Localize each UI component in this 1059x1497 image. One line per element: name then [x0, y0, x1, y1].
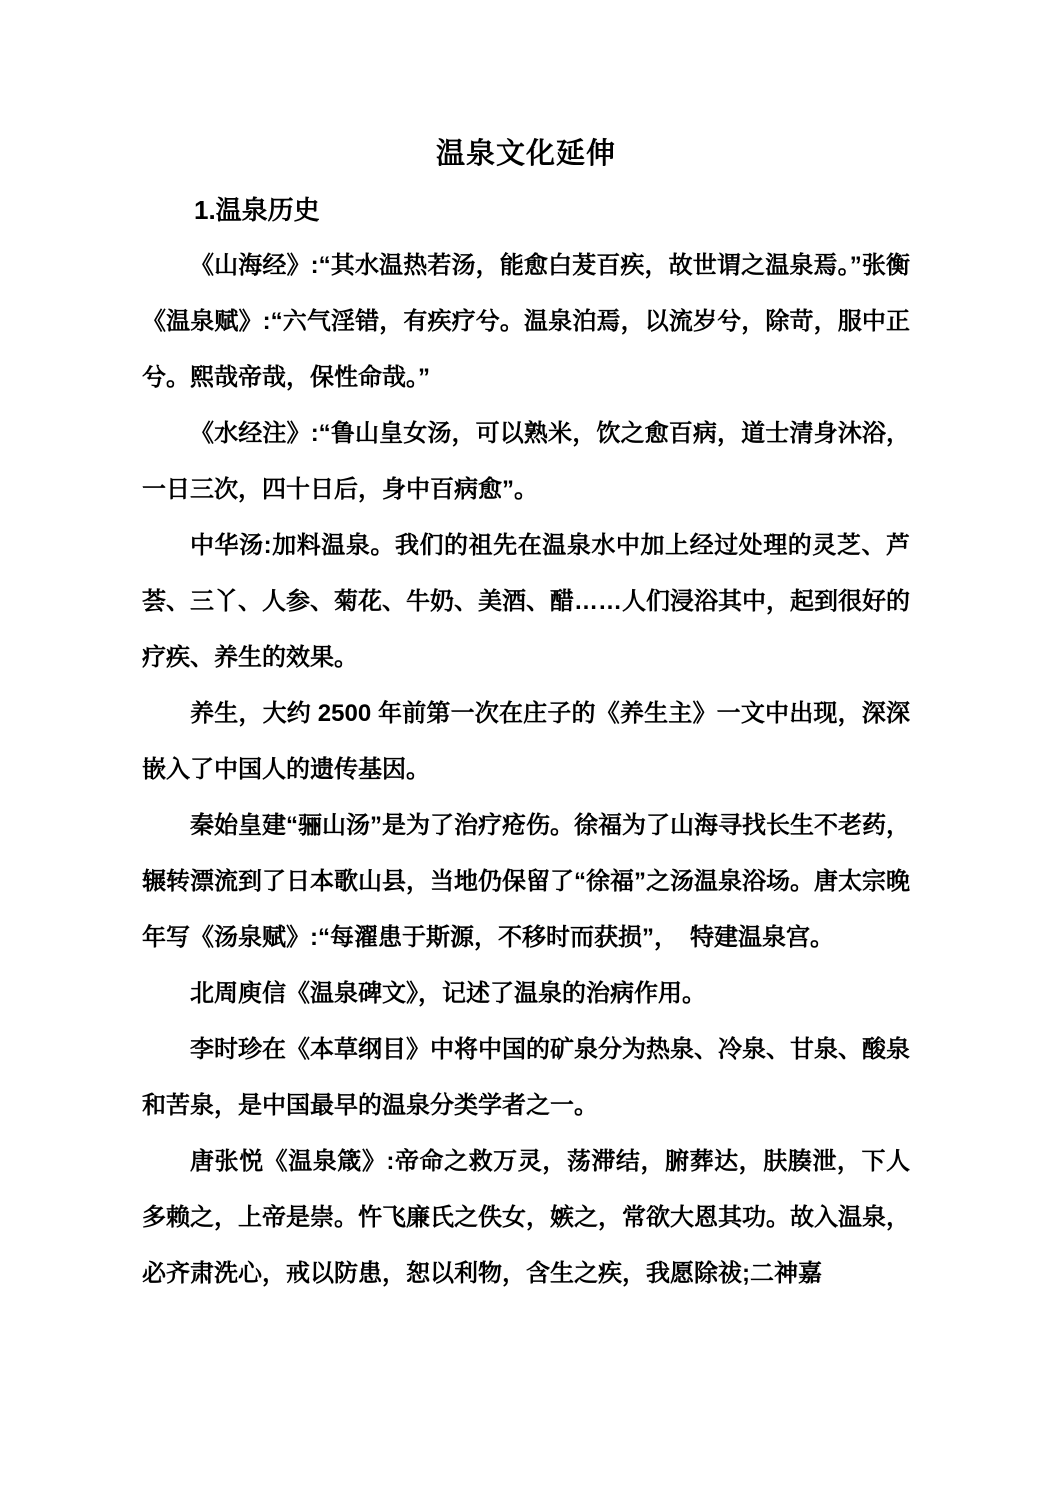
document-title: 温泉文化延伸 [142, 126, 910, 182]
paragraph-shanhaijing-quote: 《山海经》:“其水温热若汤，能愈白茇百疾，故世谓之温泉焉。”张衡《温泉赋》:“六… [142, 238, 910, 406]
section-heading: 1.温泉历史 [142, 182, 910, 238]
paragraph-tang-zhangyue: 唐张悦《温泉箴》:帝命之救万灵，荡滞结，腑葬达，肤腠泄，下人多赖之，上帝是崇。忤… [142, 1134, 910, 1302]
document-page: 温泉文化延伸 1.温泉历史 《山海经》:“其水温热若汤，能愈白茇百疾，故世谓之温… [0, 0, 1059, 1497]
paragraph-zhonghuatang: 中华汤:加料温泉。我们的祖先在温泉水中加上经过处理的灵芝、芦荟、三丫、人参、菊花… [142, 518, 910, 686]
paragraph-beizhou-yuxin: 北周庾信《温泉碑文》，记述了温泉的治病作用。 [142, 966, 910, 1022]
paragraph-qinshihuang: 秦始皇建“骊山汤”是为了治疗疮伤。徐福为了山海寻找长生不老药，辗转漂流到了日本歌… [142, 798, 910, 966]
paragraph-lishizhen: 李时珍在《本草纲目》中将中国的矿泉分为热泉、冷泉、甘泉、酸泉和苦泉，是中国最早的… [142, 1022, 910, 1134]
paragraph-yangsheng: 养生，大约 2500 年前第一次在庄子的《养生主》一文中出现，深深嵌入了中国人的… [142, 686, 910, 798]
paragraph-shuijingzhu-quote: 《水经注》:“鲁山皇女汤，可以熟米，饮之愈百病，道士清身沐浴，一日三次，四十日后… [142, 406, 910, 518]
